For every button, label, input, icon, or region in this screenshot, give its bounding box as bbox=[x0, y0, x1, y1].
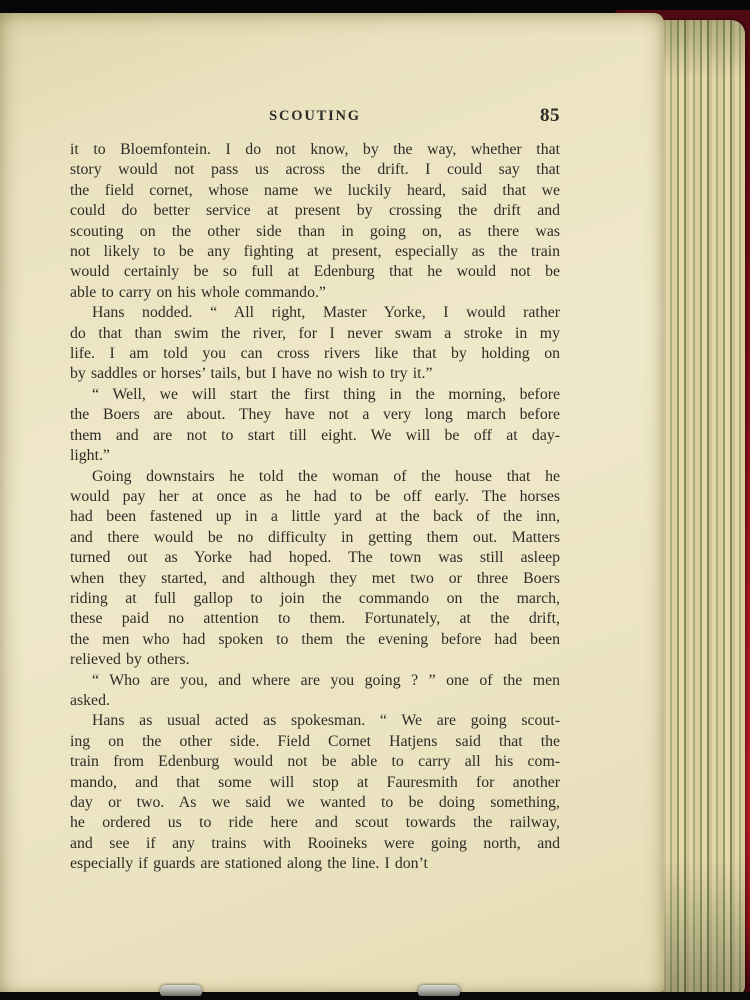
text-line: “ Who are you, and where are you going ?… bbox=[70, 671, 560, 691]
page-text: it to Bloemfontein. I do not know, by th… bbox=[70, 140, 560, 875]
text-line: the field cornet, whose name we luckily … bbox=[70, 181, 560, 201]
text-line: day or two. As we said we wanted to be d… bbox=[70, 793, 560, 813]
text-line: ing on the other side. Field Cornet Hatj… bbox=[70, 732, 560, 752]
text-line: light.” bbox=[70, 446, 560, 466]
text-line: do that than swim the river, for I never… bbox=[70, 324, 560, 344]
page-number: 85 bbox=[540, 105, 560, 127]
book-fore-edge-pages bbox=[658, 20, 745, 996]
text-line: scouting on the other side than in going… bbox=[70, 222, 560, 242]
text-line: Going downstairs he told the woman of th… bbox=[70, 467, 560, 487]
text-line: it to Bloemfontein. I do not know, by th… bbox=[70, 140, 560, 160]
scanner-bar-top bbox=[0, 0, 750, 10]
text-line: especially if guards are stationed along… bbox=[70, 854, 560, 874]
text-line: the Boers are about. They have not a ver… bbox=[70, 405, 560, 425]
text-line: mando, and that some will stop at Faures… bbox=[70, 773, 560, 793]
text-line: had been fastened up in a little yard at… bbox=[70, 507, 560, 527]
text-line: and there would be no difficulty in gett… bbox=[70, 528, 560, 548]
text-line: could do better service at present by cr… bbox=[70, 201, 560, 221]
scanner-clip bbox=[418, 985, 460, 996]
text-line: by saddles or horses’ tails, but I have … bbox=[70, 364, 560, 384]
scanner-clip bbox=[160, 985, 202, 996]
page-title: SCOUTING bbox=[70, 108, 560, 125]
text-line: when they started, and although they met… bbox=[70, 569, 560, 589]
text-line: riding at full gallop to join the comman… bbox=[70, 589, 560, 609]
text-line: “ Well, we will start the first thing in… bbox=[70, 385, 560, 405]
text-line: turned out as Yorke had hoped. The town … bbox=[70, 548, 560, 568]
text-line: would certainly be so full at Edenburg t… bbox=[70, 262, 560, 282]
text-line: would pay her at once as he had to be of… bbox=[70, 487, 560, 507]
text-line: these paid no attention to them. Fortuna… bbox=[70, 609, 560, 629]
text-line: life. I am told you can cross rivers lik… bbox=[70, 344, 560, 364]
text-line: relieved by others. bbox=[70, 650, 560, 670]
scanner-bar-bottom bbox=[0, 992, 750, 1000]
text-line: and see if any trains with Rooineks were… bbox=[70, 834, 560, 854]
text-line: train from Edenburg would not be able to… bbox=[70, 752, 560, 772]
text-line: story would not pass us across the drift… bbox=[70, 160, 560, 180]
text-line: the men who had spoken to them the eveni… bbox=[70, 630, 560, 650]
text-line: not likely to be any fighting at present… bbox=[70, 242, 560, 262]
book-page: SCOUTING 85 it to Bloemfontein. I do not… bbox=[0, 13, 664, 992]
text-line: he ordered us to ride here and scout tow… bbox=[70, 813, 560, 833]
text-line: Hans as usual acted as spokesman. “ We a… bbox=[70, 711, 560, 731]
text-line: Hans nodded. “ All right, Master Yorke, … bbox=[70, 303, 560, 323]
text-line: asked. bbox=[70, 691, 560, 711]
scanned-book-photo: SCOUTING 85 it to Bloemfontein. I do not… bbox=[0, 0, 750, 1000]
text-line: able to carry on his whole commando.” bbox=[70, 283, 560, 303]
running-head: SCOUTING 85 bbox=[70, 108, 560, 130]
text-line: them and are not to start till eight. We… bbox=[70, 426, 560, 446]
